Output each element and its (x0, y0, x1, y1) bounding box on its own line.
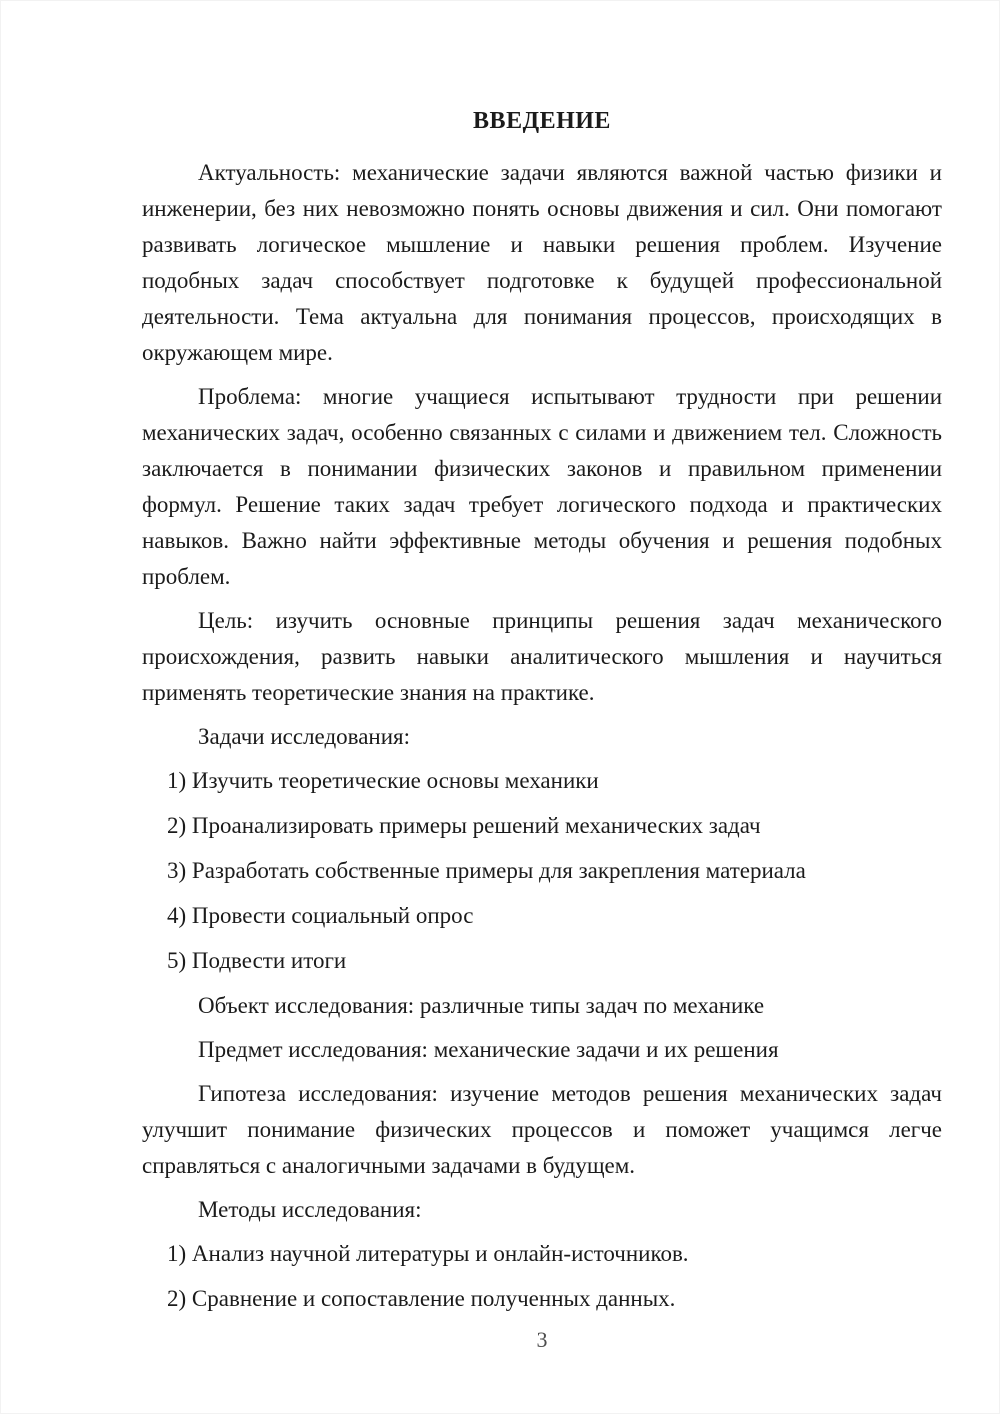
page-number: 3 (142, 1326, 942, 1354)
list-item: 1) Анализ научной литературы и онлайн-ис… (167, 1236, 942, 1272)
paragraph: Методы исследования: (142, 1192, 942, 1228)
document-body: Актуальность: механические задачи являют… (142, 155, 942, 1317)
list-item: 1) Изучить теоретические основы механики (167, 763, 942, 799)
paragraph: Проблема: многие учащиеся испытывают тру… (142, 379, 942, 595)
list-item: 3) Разработать собственные примеры для з… (167, 853, 942, 889)
paragraph: Гипотеза исследования: изучение методов … (142, 1076, 942, 1184)
list-item: 2) Сравнение и сопоставление полученных … (167, 1281, 942, 1317)
document-page: ВВЕДЕНИЕ Актуальность: механические зада… (0, 0, 1000, 1414)
document-content: ВВЕДЕНИЕ Актуальность: механические зада… (0, 0, 1000, 1317)
paragraph: Объект исследования: различные типы зада… (142, 988, 942, 1024)
paragraph: Предмет исследования: механические задач… (142, 1032, 942, 1068)
page-title: ВВЕДЕНИЕ (142, 103, 942, 139)
paragraph: Актуальность: механические задачи являют… (142, 155, 942, 371)
paragraph: Цель: изучить основные принципы решения … (142, 603, 942, 711)
paragraph: Задачи исследования: (142, 719, 942, 755)
list-item: 5) Подвести итоги (167, 943, 942, 979)
list-item: 4) Провести социальный опрос (167, 898, 942, 934)
list-item: 2) Проанализировать примеры решений меха… (167, 808, 942, 844)
